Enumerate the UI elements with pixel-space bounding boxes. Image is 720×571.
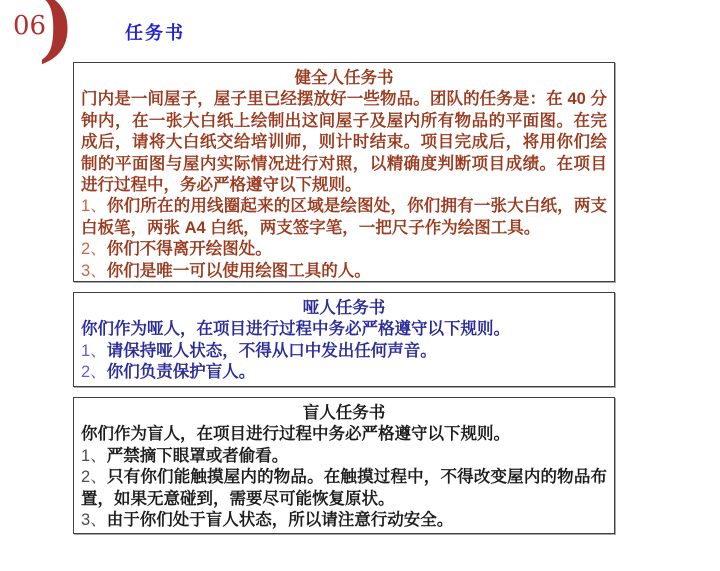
box-title: 哑人任务书 [81, 298, 607, 319]
rule-number: 2、 [81, 468, 107, 486]
task-box-mute: 哑人任务书 你们作为哑人，在项目进行过程中务必严格遵守以下规则。 1、请保持哑人… [73, 292, 615, 387]
box-intro: 你们作为哑人，在项目进行过程中务必严格遵守以下规则。 [81, 319, 607, 340]
arc-decoration-icon: ) [38, 0, 75, 65]
rule-text: 你们不得离开绘图处。 [107, 240, 272, 258]
rule-number: 1、 [81, 342, 107, 360]
slide-page: 06 ) 任务书 健全人任务书 门内是一间屋子，屋子里已经摆放好一些物品。团队的… [0, 0, 720, 571]
rule-number: 1、 [81, 447, 107, 465]
rule-item: 2、只有你们能触摸屋内的物品。在触摸过程中，不得改变屋内的物品布置，如果无意碰到… [81, 467, 607, 510]
rule-item: 1、严禁摘下眼罩或者偷看。 [81, 446, 607, 467]
rule-item: 1、请保持哑人状态，不得从口中发出任何声音。 [81, 341, 607, 362]
rule-text: 请保持哑人状态，不得从口中发出任何声音。 [107, 342, 437, 360]
rule-item: 2、你们不得离开绘图处。 [81, 239, 607, 260]
rule-text: 你们负责保护盲人。 [107, 363, 256, 381]
box-title: 盲人任务书 [81, 403, 607, 424]
rule-text: 严禁摘下眼罩或者偷看。 [107, 447, 289, 465]
rule-number: 2、 [81, 240, 107, 258]
rule-item: 2、你们负责保护盲人。 [81, 362, 607, 383]
rule-number: 1、 [81, 197, 107, 215]
rule-text: 你们是唯一可以使用绘图工具的人。 [107, 262, 371, 280]
rule-number: 2、 [81, 363, 107, 381]
rule-number: 3、 [81, 511, 107, 529]
rule-text: 由于你们处于盲人状态，所以请注意行动安全。 [107, 511, 454, 529]
box-intro: 你们作为盲人，在项目进行过程中务必严格遵守以下规则。 [81, 424, 607, 445]
rule-item: 3、你们是唯一可以使用绘图工具的人。 [81, 261, 607, 282]
box-intro: 门内是一间屋子，屋子里已经摆放好一些物品。团队的任务是：在 40 分钟内，在一张… [81, 89, 607, 196]
page-title: 任务书 [125, 19, 185, 45]
rule-text: 只有你们能触摸屋内的物品。在触摸过程中，不得改变屋内的物品布置，如果无意碰到，需… [81, 468, 607, 507]
rule-text: 你们所在的用线圈起来的区域是绘图处，你们拥有一张大白纸，两支白板笔，两张 A4 … [81, 197, 607, 236]
box-title: 健全人任务书 [81, 68, 607, 89]
task-box-blind: 盲人任务书 你们作为盲人，在项目进行过程中务必严格遵守以下规则。 1、严禁摘下眼… [73, 397, 615, 534]
rule-item: 1、你们所在的用线圈起来的区域是绘图处，你们拥有一张大白纸，两支白板笔，两张 A… [81, 196, 607, 239]
task-box-healthy: 健全人任务书 门内是一间屋子，屋子里已经摆放好一些物品。团队的任务是：在 40 … [73, 62, 615, 282]
rule-number: 3、 [81, 262, 107, 280]
rule-item: 3、由于你们处于盲人状态，所以请注意行动安全。 [81, 510, 607, 531]
